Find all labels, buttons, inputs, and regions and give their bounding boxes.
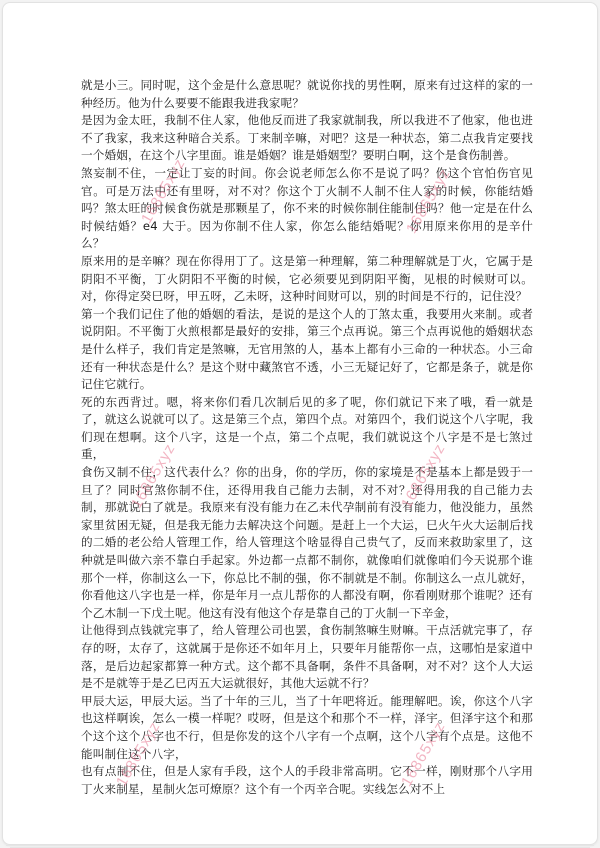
paragraph: 第一个我们记住了他的婚姻的看法，是说的是这个人的丁煞太重，我要用火来制。或者说阴… — [81, 306, 533, 394]
paragraph: 甲辰大运，甲辰大运。当了十年的三儿，当了十年吧将近。能理解吧。诶，你这个八字也这… — [81, 693, 533, 763]
paragraph: 就是小三。同时呢，这个金是什么意思呢？就说你找的男性啊，原来有过这样的家的一种经… — [81, 77, 533, 112]
paragraph: 是因为金太旺，我制不住人家，他他反而进了我家就制我，所以我进不了他家，他也进不了… — [81, 112, 533, 165]
paragraph: 原来用的是辛嘛？现在你得用丁了。这是第一种理解，第二种理解就是丁火，它属于是阴阳… — [81, 253, 533, 306]
paragraph: 也有点制不住，但是人家有手段，这个人的手段非常高明。它不一样，刚财那个八字用丁火… — [81, 763, 533, 798]
document-body: 就是小三。同时呢，这个金是什么意思呢？就说你找的男性啊，原来有过这样的家的一种经… — [81, 77, 533, 798]
document-page: 就是小三。同时呢，这个金是什么意思呢？就说你找的男性啊，原来有过这样的家的一种经… — [2, 2, 598, 845]
paragraph: 死的东西背过。嗯，将来你们看几次制后见的多了呢，你们就记下来了哦，看一就是了，就… — [81, 394, 533, 464]
paragraph: 食伤又制不住，这代表什么？你的出身，你的学历，你的家境是不是基本上都是毁于一旦了… — [81, 464, 533, 622]
paragraph: 煞妄制不住，一定让丁妄的时间。你会说老师怎么你不是说了吗？你这个官怕伤官见官。可… — [81, 165, 533, 253]
paragraph: 让他得到点钱就完事了，给人管理公司也罢，食伤制煞嘛生财嘛。干点活就完事了，存存的… — [81, 622, 533, 692]
